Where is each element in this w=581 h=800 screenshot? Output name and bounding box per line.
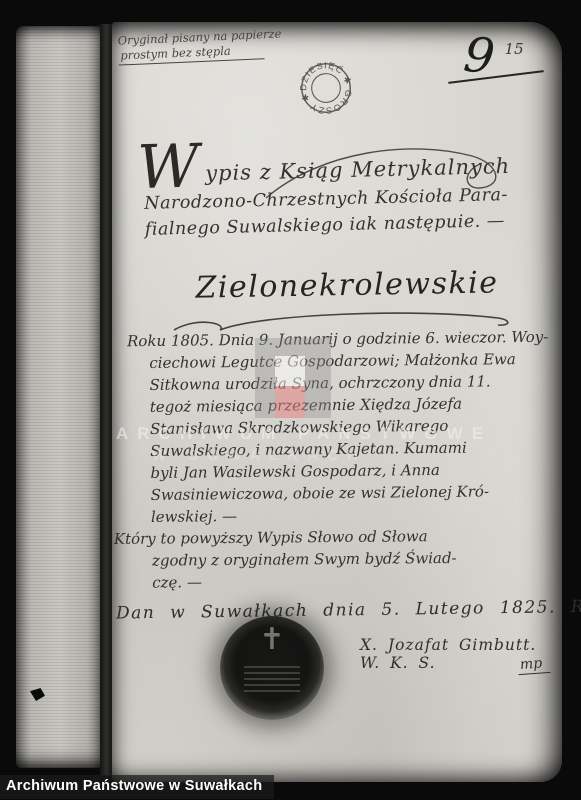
revenue-stamp-icon: DZIESIĘĆ ✱ GROSZY ✱ [297, 59, 356, 118]
paraph-text: mp [517, 655, 550, 675]
page-number-block: 915 [464, 32, 581, 78]
cross-icon: ✝ [259, 622, 284, 657]
stamp-text: DZIESIĘĆ ✱ GROSZY ✱ [297, 59, 356, 118]
corner-note: Oryginał pisany na papierze prostym bez … [117, 26, 282, 65]
wax-seal: ✝ [220, 616, 324, 720]
paraph: mp [518, 656, 550, 674]
document-heading: W ypis z Ksiąg Metrykalnych Narodzono-Ch… [137, 135, 553, 243]
book-fore-edge [16, 26, 100, 768]
archive-caption: Archiwum Państwowe w Suwałkach [0, 775, 274, 799]
page-number: 9 [462, 31, 497, 82]
heading-initial: W [137, 144, 200, 191]
certification-paragraph: Który to powyższy Wypis Słowo od Słowa z… [114, 524, 561, 594]
svg-text:DZIESIĘĆ ✱ GROSZY ✱: DZIESIĘĆ ✱ GROSZY ✱ [297, 59, 356, 118]
document-photo: Oryginał pisany na papierze prostym bez … [0, 0, 581, 800]
page-number-secondary: 15 [505, 40, 524, 58]
date-line: Dan w Suwałkach dnia 5. Lutego 1825. Rok… [116, 596, 581, 623]
section-title: Zielonekrolewskie [182, 265, 513, 306]
certification-line: czę. — [114, 568, 560, 594]
manuscript-paragraph: Roku 1805. Dnia 9. Januarij o godzinie 6… [113, 326, 561, 529]
seal-inscription-lines [244, 666, 300, 694]
document-page: Oryginał pisany na papierze prostym bez … [112, 22, 562, 782]
body-line: ciechowi Legutce Gospodarzowi; Małżonka … [113, 348, 559, 375]
